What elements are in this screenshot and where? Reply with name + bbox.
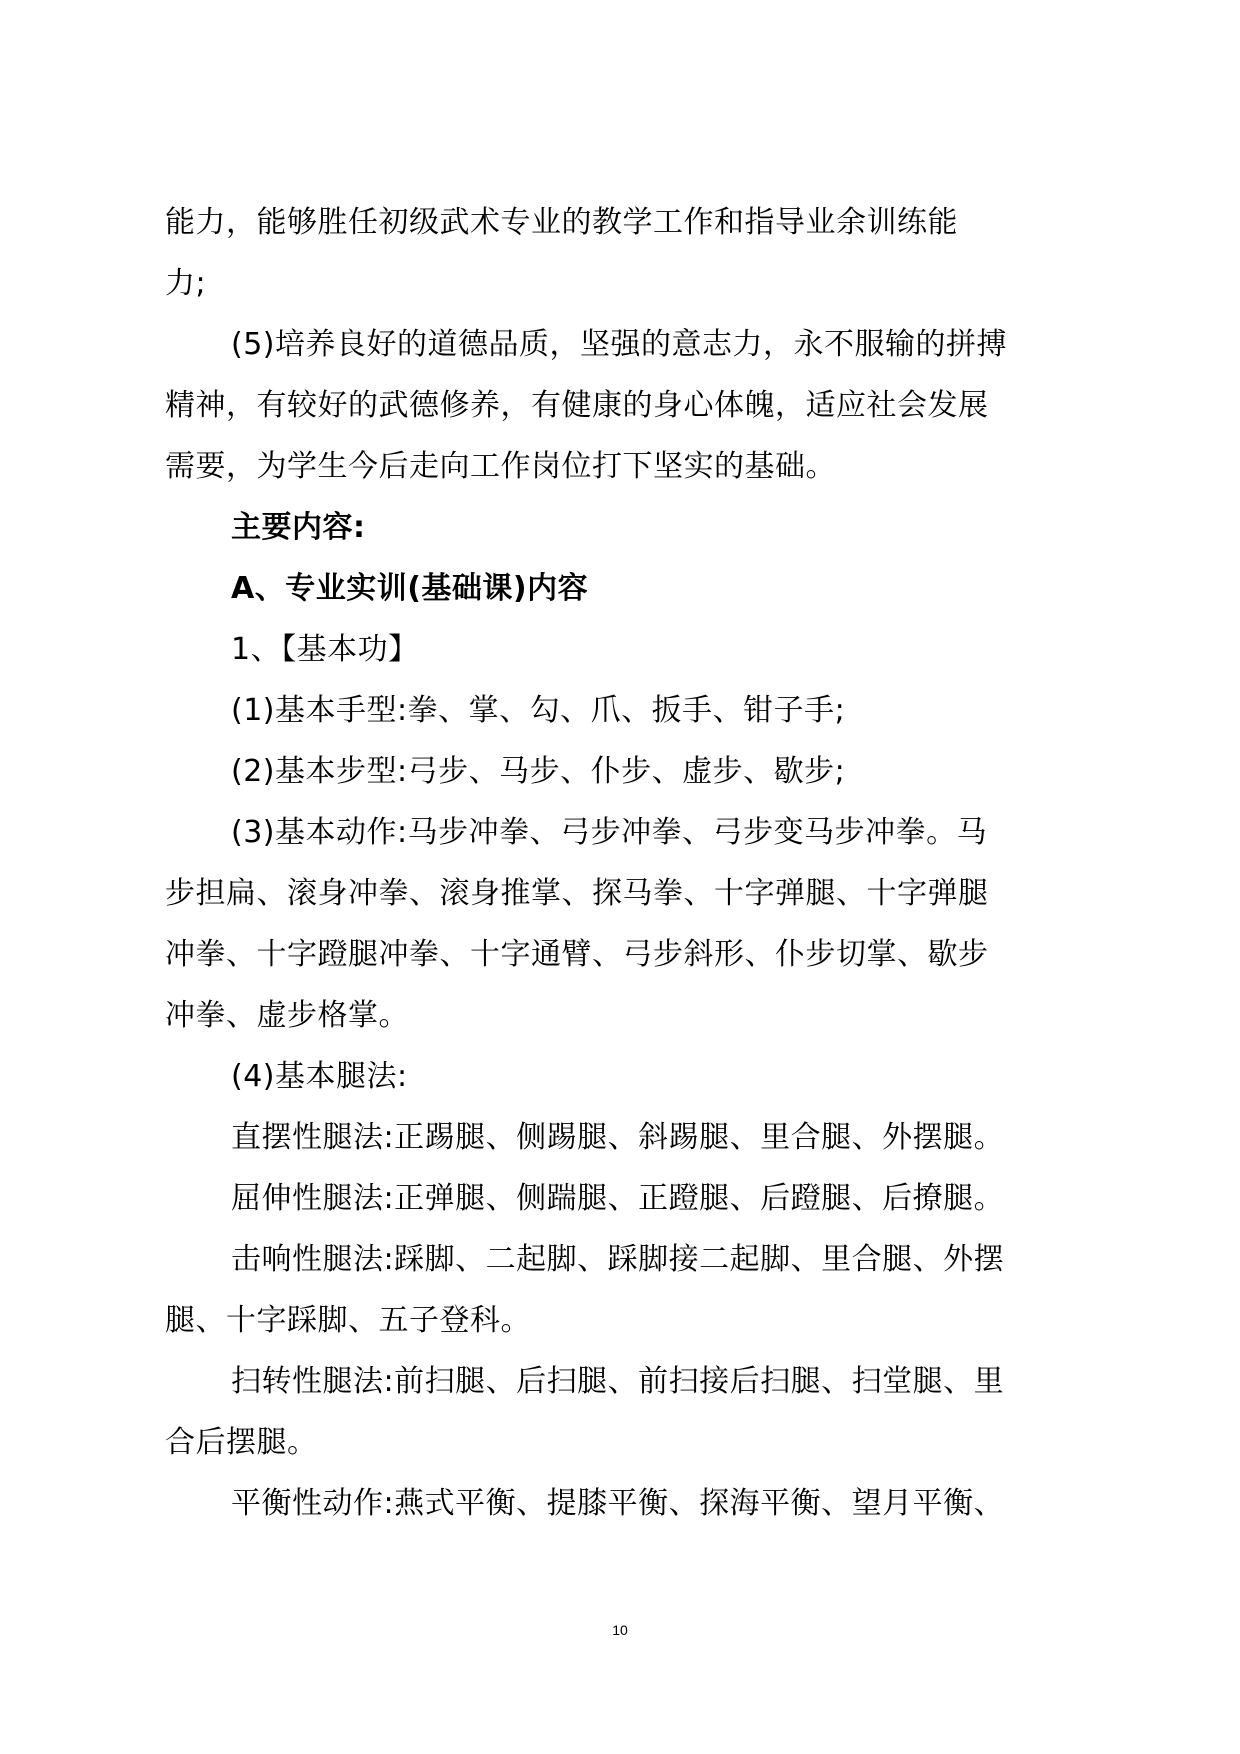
page-number: 10	[0, 1622, 1240, 1638]
body-text-line: 扫转性腿法:前扫腿、后扫腿、前扫接后扫腿、扫堂腿、里	[231, 1362, 1004, 1402]
body-text-line: 腿、十字踩脚、五子登科。	[165, 1301, 531, 1341]
body-text-line: 平衡性动作:燕式平衡、提膝平衡、探海平衡、望月平衡、	[231, 1484, 1004, 1524]
body-text-line: 力;	[165, 264, 206, 304]
body-text-line: 击响性腿法:踩脚、二起脚、踩脚接二起脚、里合腿、外摆	[231, 1240, 1004, 1280]
list-item-2: (2)基本步型:弓步、马步、仆步、虚步、歇步;	[231, 752, 845, 792]
body-text-line: 需要，为学生今后走向工作岗位打下坚实的基础。	[165, 447, 836, 487]
body-text-line: 直摆性腿法:正踢腿、侧踢腿、斜踢腿、里合腿、外摆腿。	[231, 1118, 1004, 1158]
subsection-heading-a: A、专业实训(基础课)内容	[231, 569, 588, 609]
list-item-1: (1)基本手型:拳、掌、勾、爪、扳手、钳子手;	[231, 691, 845, 731]
list-item-3: (3)基本动作:马步冲拳、弓步冲拳、弓步变马步冲拳。马	[231, 813, 987, 853]
body-text-line: 能力，能够胜任初级武术专业的教学工作和指导业余训练能	[165, 203, 958, 243]
item-heading-basic-skills: 1、【基本功】	[231, 630, 419, 670]
section-heading-main-content: 主要内容:	[231, 508, 366, 548]
body-text-line: 步担扁、滚身冲拳、滚身推掌、探马拳、十字弹腿、十字弹腿	[165, 874, 989, 914]
body-text-line: 冲拳、十字蹬腿冲拳、十字通臂、弓步斜形、仆步切掌、歇步	[165, 935, 989, 975]
body-text-line: 屈伸性腿法:正弹腿、侧踹腿、正蹬腿、后蹬腿、后撩腿。	[231, 1179, 1004, 1219]
list-item-4: (4)基本腿法:	[231, 1057, 408, 1097]
list-item-5: (5)培养良好的道德品质，坚强的意志力，永不服输的拼搏	[231, 325, 1007, 365]
body-text-line: 冲拳、虚步格掌。	[165, 996, 409, 1036]
body-text-line: 精神，有较好的武德修养，有健康的身心体魄，适应社会发展	[165, 386, 989, 426]
body-text-line: 合后摆腿。	[165, 1423, 318, 1463]
